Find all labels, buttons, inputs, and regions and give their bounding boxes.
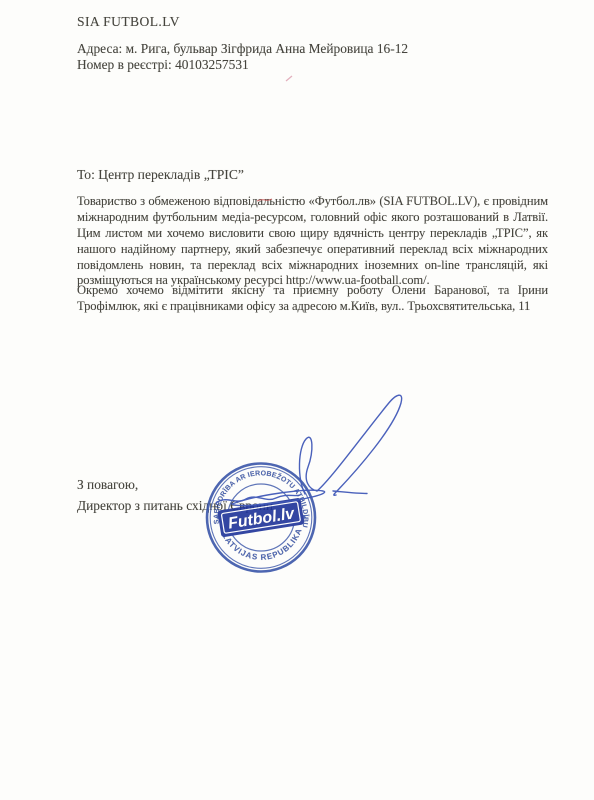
signature-tail <box>333 491 367 494</box>
stamp-mid-ring <box>210 467 312 569</box>
scanned-letter-page: SIA FUTBOL.LV Адреса: м. Рига, бульвар З… <box>0 0 594 800</box>
paragraph-line: Трофімлюк, які є працівниками офісу за а… <box>77 299 548 315</box>
paragraph-line: Окремо хочемо відмітити якісну та приємн… <box>77 283 548 299</box>
paragraph-line: міжнародним футбольним медіа-ресурсом, г… <box>77 210 548 226</box>
paragraph-line: Цим листом ми хочемо висловити свою щиру… <box>77 226 548 242</box>
company-stamp: SABIEDRĪBA AR IEROBEŽOTU ATBILDĪBU LATVI… <box>207 464 315 572</box>
handwritten-signature <box>216 395 402 505</box>
stamp-left-diamond <box>216 515 221 520</box>
stamp-right-diamond <box>301 515 306 520</box>
signature-small-loop <box>299 437 317 494</box>
address-line: Адреса: м. Рига, бульвар Зігфрида Анна М… <box>77 41 408 57</box>
paragraph-line: нашого надійному партнеру, який забезпеч… <box>77 242 548 258</box>
pink-scan-speck <box>286 76 292 81</box>
stamp-outer-ring <box>207 464 315 572</box>
paragraph-line: Товариство з обмеженою відповідальністю … <box>77 194 548 210</box>
paragraph-2: Окремо хочемо відмітити якісну та приємн… <box>77 283 548 315</box>
stamp-inner-ring <box>228 484 295 551</box>
stamp-arc-bottom-text: LATVIJAS REPUBLIKA <box>220 527 304 562</box>
closing-job-title: Директор з питань східної Європи <box>77 498 273 514</box>
paragraph-line: повідомлень новин, та переклад всіх міжн… <box>77 258 548 274</box>
signature-big-loop <box>317 395 402 495</box>
recipient-line: То: Центр перекладів „ТРІС” <box>77 167 244 183</box>
registry-number-line: Номер в реєстрі: 40103257531 <box>77 57 249 73</box>
company-name: SIA FUTBOL.LV <box>77 14 180 30</box>
paragraph-1: Товариство з обмеженою відповідальністю … <box>77 194 548 289</box>
stamp-and-signature-overlay: SABIEDRĪBA AR IEROBEŽOTU ATBILDĪBU LATVI… <box>0 0 594 800</box>
closing-regards: З повагою, <box>77 477 138 493</box>
